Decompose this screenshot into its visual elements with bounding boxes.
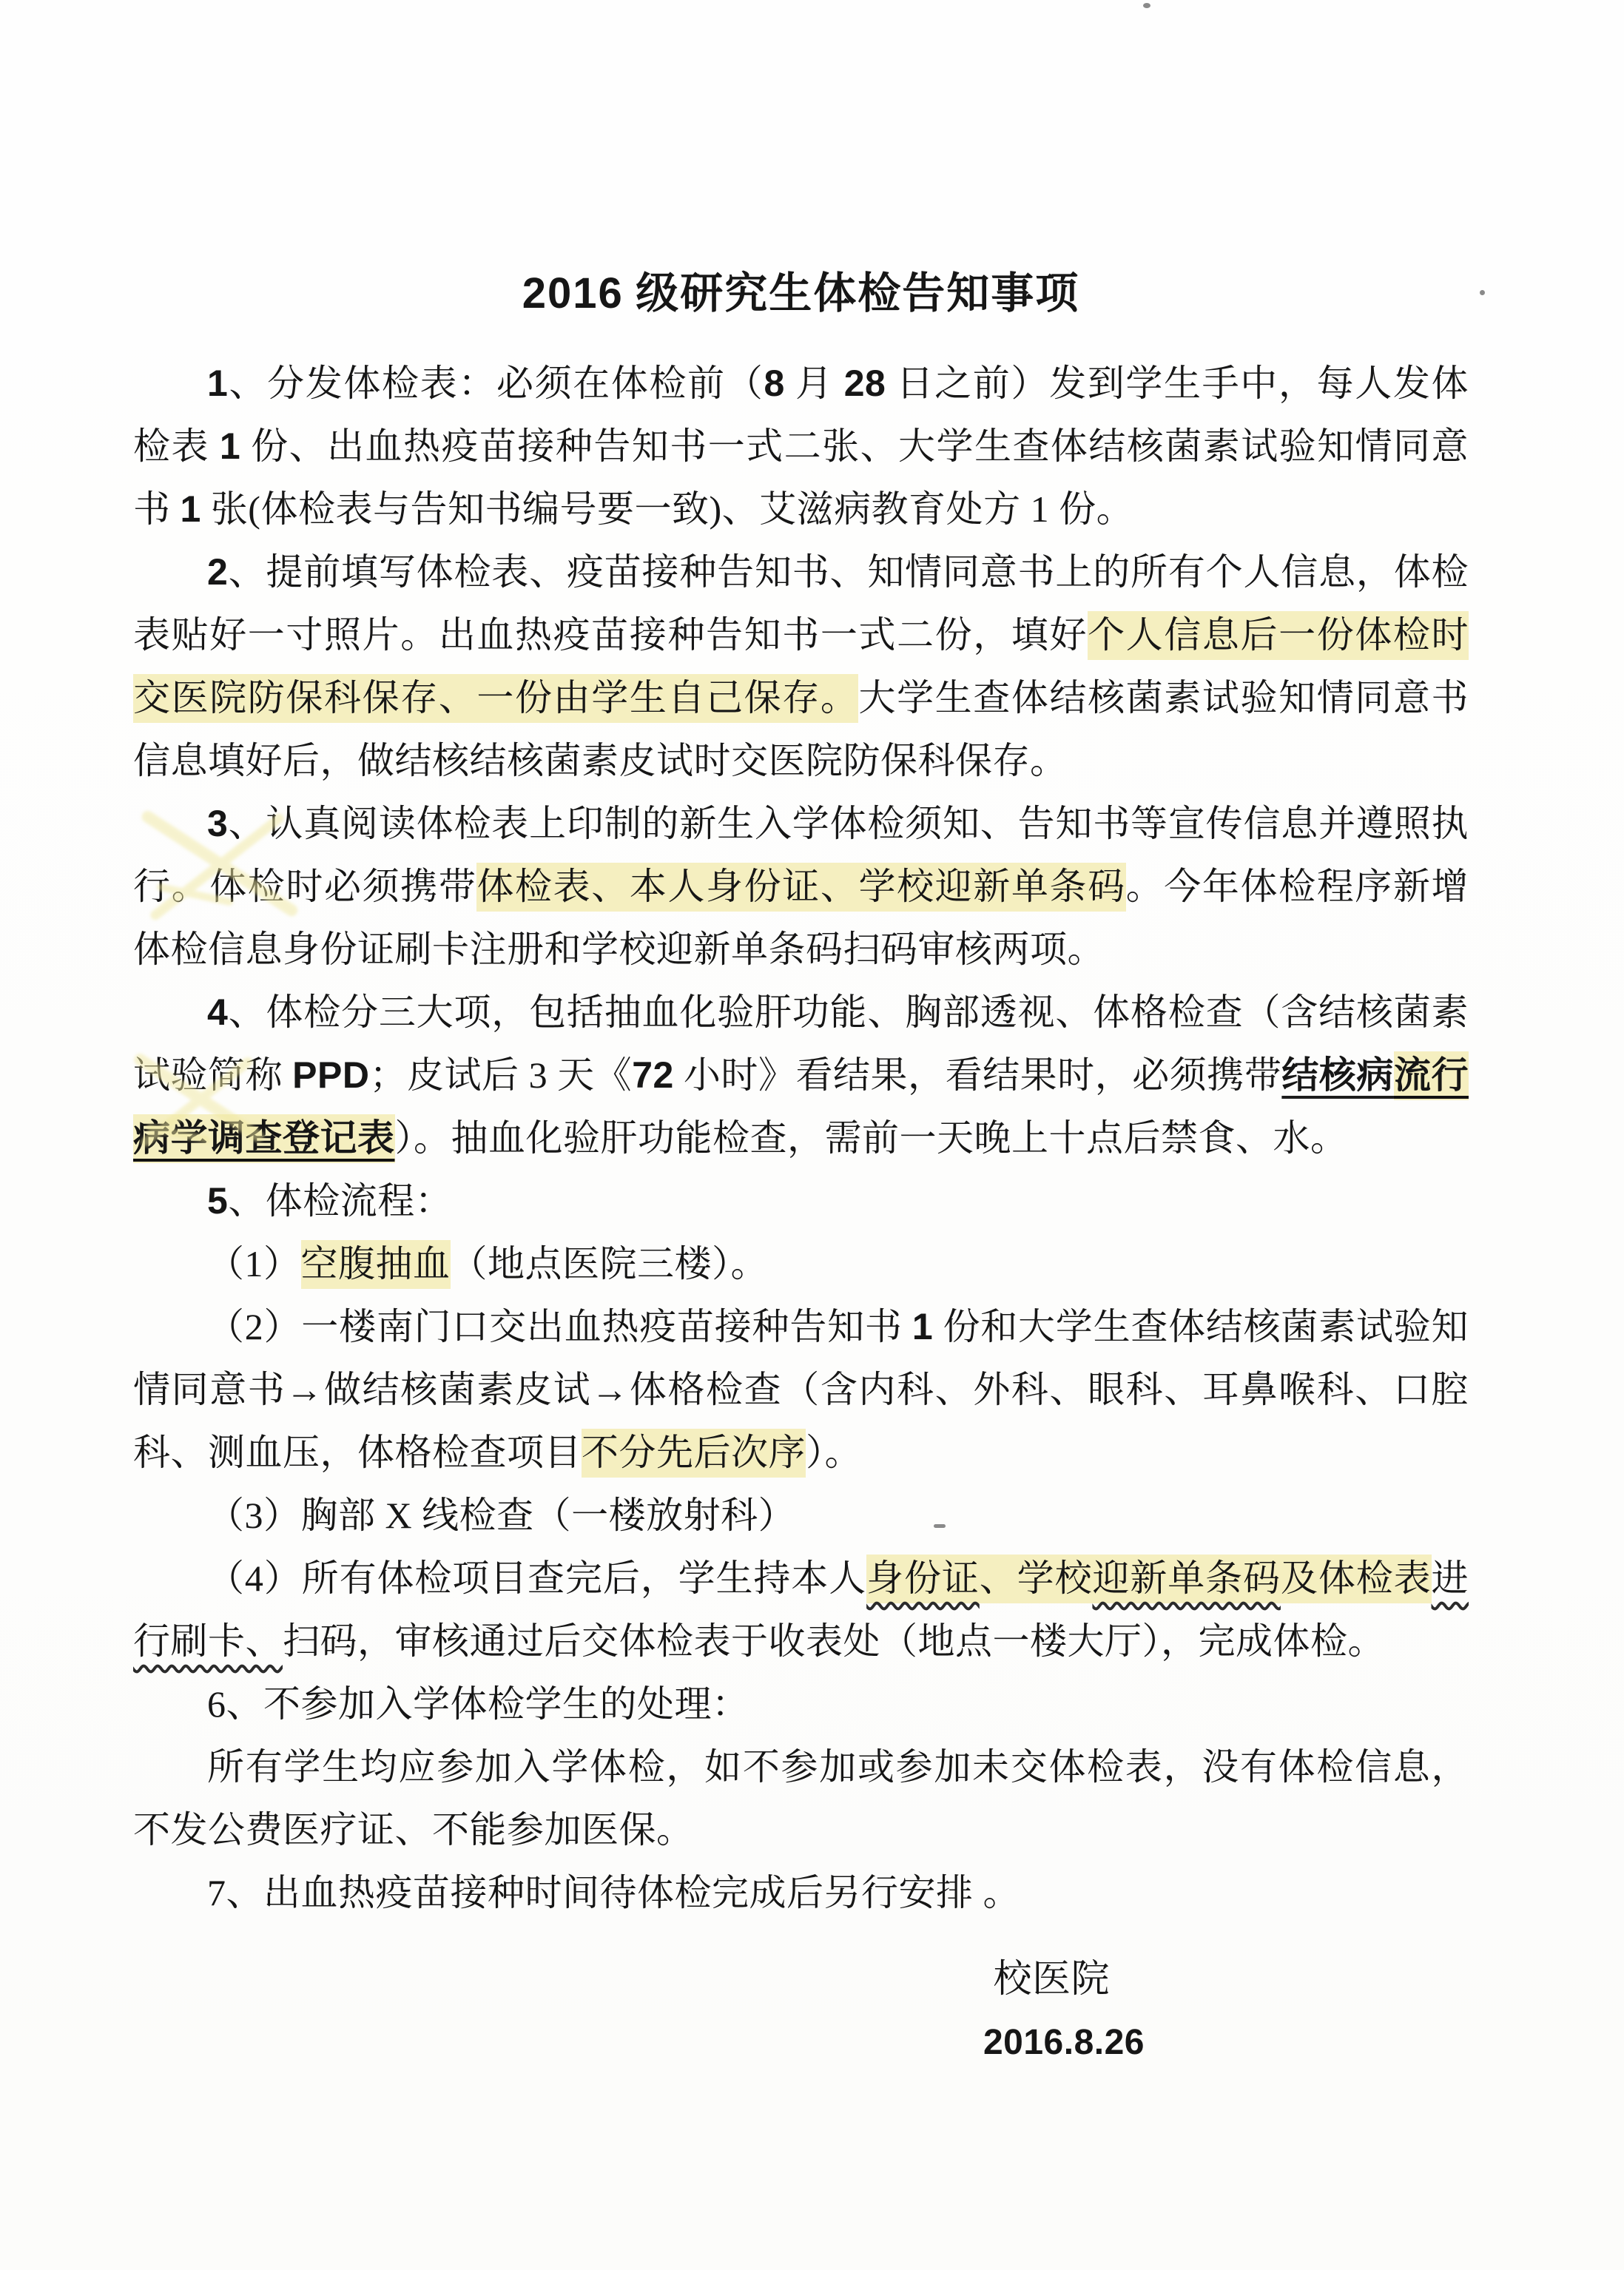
text-run: ）。 xyxy=(806,1432,862,1473)
item-6: 6、不参加入学体检学生的处理： xyxy=(133,1673,1469,1736)
text-run: 6、不参加入学体检学生的处理： xyxy=(207,1683,749,1725)
text-run: 1 xyxy=(181,488,201,530)
item-5-2: （2）一楼南门口交出血热疫苗接种告知书 1 份和大学生查体结核菌素试验知情同意书… xyxy=(133,1296,1469,1484)
text-run: （1） xyxy=(207,1243,301,1284)
signature-unit: 校医院 xyxy=(133,1948,1469,2011)
text-run: 7、出血热疫苗接种时间待体检完成后另行安排 。 xyxy=(207,1872,1020,1913)
text-run: 2016.8.26 xyxy=(983,2023,1145,2062)
text-run: 所有学生均应参加入学体检，如不参加或参加未交体检表，没有体检信息，不发公费医疗证… xyxy=(133,1746,1469,1850)
text-run: 体检表、本人身份证、学校迎新单条码 xyxy=(476,866,1125,907)
item-6-body: 所有学生均应参加入学体检，如不参加或参加未交体检表，没有体检信息，不发公费医疗证… xyxy=(133,1736,1469,1862)
page-title: 2016 级研究生体检告知事项 xyxy=(133,266,1469,321)
text-run: 、体检流程： xyxy=(228,1180,452,1222)
text-run: 2 xyxy=(207,551,228,593)
text-run: ）。抽血化验肝功能检查，需前一天晚上十点后禁食、水。 xyxy=(395,1117,1348,1159)
doc-body: 1、分发体检表：必须在体检前（8 月 28 日之前）发到学生手中，每人发体检表 … xyxy=(133,352,1469,2074)
item-1: 1、分发体检表：必须在体检前（8 月 28 日之前）发到学生手中，每人发体检表 … xyxy=(133,352,1469,541)
text-run: 72 xyxy=(632,1054,674,1096)
scanned-page: 2016 级研究生体检告知事项 1、分发体检表：必须在体检前（8 月 28 日之… xyxy=(0,0,1624,2270)
text-run: 身份证 xyxy=(866,1557,980,1599)
text-run: 5 xyxy=(207,1180,228,1222)
text-run: 月 xyxy=(785,363,844,404)
text-run: （4）所有体检项目查完后，学生持本人 xyxy=(207,1557,866,1599)
item-5: 5、体检流程： xyxy=(133,1170,1469,1233)
text-run: 4 xyxy=(207,991,228,1033)
text-run: 1 xyxy=(912,1306,933,1347)
text-run: 小时》看结果，看结果时，必须携带 xyxy=(674,1054,1282,1096)
item-2: 2、提前填写体检表、疫苗接种告知书、知情同意书上的所有个人信息，体检表贴好一寸照… xyxy=(133,541,1469,792)
text-run: 迎新单条码 xyxy=(1092,1557,1280,1599)
text-run: 及体检表 xyxy=(1281,1557,1432,1599)
text-run: 空腹抽血 xyxy=(301,1243,451,1284)
text-run: ；皮试后 3 天《 xyxy=(369,1054,632,1096)
signature-date: 2016.8.26 xyxy=(133,2011,1469,2074)
item-5-1: （1）空腹抽血（地点医院三楼）。 xyxy=(133,1233,1469,1296)
item-5-4: （4）所有体检项目查完后，学生持本人身份证、学校迎新单条码及体检表进行刷卡、扫码… xyxy=(133,1547,1469,1673)
text-run: （2）一楼南门口交出血热疫苗接种告知书 xyxy=(207,1306,912,1347)
text-run: 1 xyxy=(207,363,228,404)
text-run: 结核病 xyxy=(1281,1054,1394,1096)
text-run: 3 xyxy=(207,803,228,844)
text-run: 1 xyxy=(220,425,240,467)
scan-speck xyxy=(1480,290,1485,295)
text-run: 、分发体检表：必须在体检前（ xyxy=(228,363,764,404)
text-run: 8 xyxy=(764,363,784,404)
text-run: 28 xyxy=(844,363,886,404)
text-run: 校医院 xyxy=(993,1959,1110,2001)
text-run: PPD xyxy=(292,1054,369,1096)
item-4: 4、体检分三大项，包括抽血化验肝功能、胸部透视、体格检查（含结核菌素试验简称 P… xyxy=(133,981,1469,1170)
text-run: （3）胸部 X 线检查（一楼放射科） xyxy=(207,1495,795,1536)
text-run: 级研究生体检告知事项 xyxy=(624,269,1080,317)
text-run: 扫码，审核通过后交体检表于收表处（地点一楼大厅），完成体检。 xyxy=(283,1620,1385,1662)
text-run: 、学校 xyxy=(980,1557,1093,1599)
item-5-3: （3）胸部 X 线检查（一楼放射科） xyxy=(133,1484,1469,1547)
scan-speck xyxy=(1143,3,1150,8)
text-run: 不分先后次序 xyxy=(582,1432,806,1473)
text-run: （地点医院三楼）。 xyxy=(451,1243,769,1284)
item-3: 3、认真阅读体检表上印制的新生入学体检须知、告知书等宣传信息并遵照执行。体检时必… xyxy=(133,792,1469,981)
text-run: 2016 xyxy=(522,269,624,317)
text-run: 张(体检表与告知书编号要一致)、艾滋病教育处方 1 份。 xyxy=(201,488,1133,530)
item-7: 7、出血热疫苗接种时间待体检完成后另行安排 。 xyxy=(133,1862,1469,1924)
